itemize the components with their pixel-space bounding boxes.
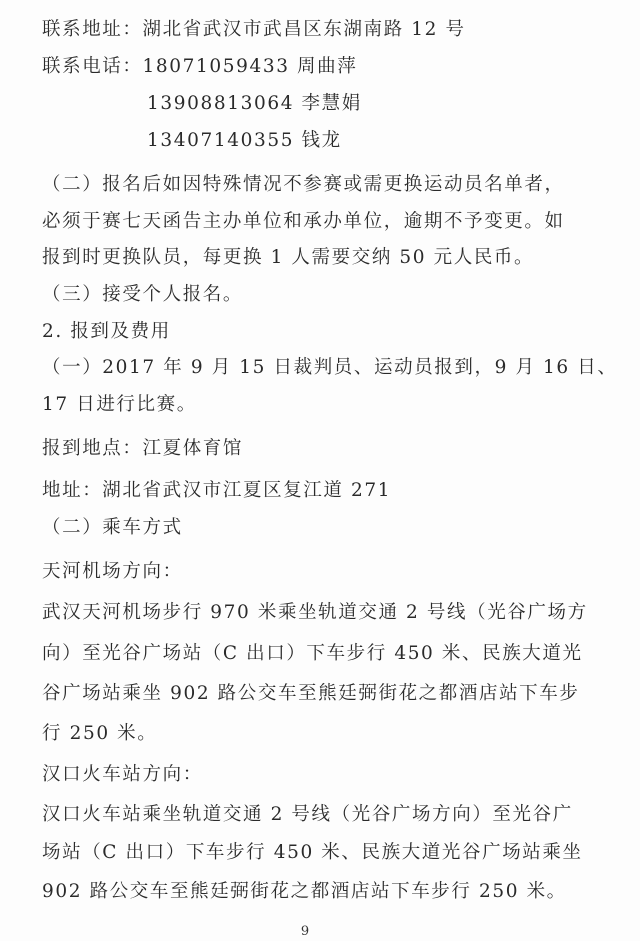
direction-heading: 天河机场方向：: [42, 560, 183, 584]
paragraph-line: 必须于赛七天函告主办单位和承办单位，逾期不予变更。如: [42, 210, 565, 234]
contact-phone-2: 13908813064 李慧娟: [147, 92, 362, 116]
contact-phone-3: 13407140355 钱龙: [147, 129, 342, 153]
paragraph-line: 武汉天河机场步行 970 米乘坐轨道交通 2 号线（光谷广场方: [42, 601, 588, 625]
paragraph-line: 汉口火车站乘坐轨道交通 2 号线（光谷广场方向）至光谷广: [42, 803, 573, 827]
paragraph-line: 902 路公交车至熊廷弼街花之都酒店站下车步行 250 米。: [42, 880, 567, 904]
paragraph-line: （三）接受个人报名。: [42, 283, 243, 307]
page-number: 9: [0, 924, 610, 939]
paragraph-line: 行 250 米。: [42, 722, 157, 746]
paragraph-line: 谷广场站乘坐 902 路公交车至熊廷弼街花之都酒店站下车步: [42, 682, 579, 706]
venue-line: 报到地点：江夏体育馆: [42, 437, 243, 461]
contact-phone-1: 联系电话：18071059433 周曲萍: [42, 55, 357, 79]
paragraph-line: 17 日进行比赛。: [42, 393, 197, 417]
venue-address-line: 地址：湖北省武汉市江夏区复江道 271: [42, 479, 391, 503]
paragraph-line: （一）2017 年 9 月 15 日裁判员、运动员报到，9 月 16 日、: [42, 356, 617, 380]
paragraph-line: 向）至光谷广场站（C 出口）下车步行 450 米、民族大道光: [42, 642, 583, 666]
subsection-heading: （二）乘车方式: [42, 516, 183, 540]
direction-heading: 汉口火车站方向：: [42, 763, 203, 787]
paragraph-line: 报到时更换队员，每更换 1 人需要交纳 50 元人民币。: [42, 246, 534, 270]
paragraph-line: （二）报名后如因特殊情况不参赛或需更换运动员名单者，: [42, 173, 565, 197]
section-heading: 2. 报到及费用: [42, 320, 171, 344]
contact-address: 联系地址：湖北省武汉市武昌区东湖南路 12 号: [42, 18, 466, 42]
paragraph-line: 场站（C 出口）下车步行 450 米、民族大道光谷广场站乘坐: [42, 841, 583, 865]
